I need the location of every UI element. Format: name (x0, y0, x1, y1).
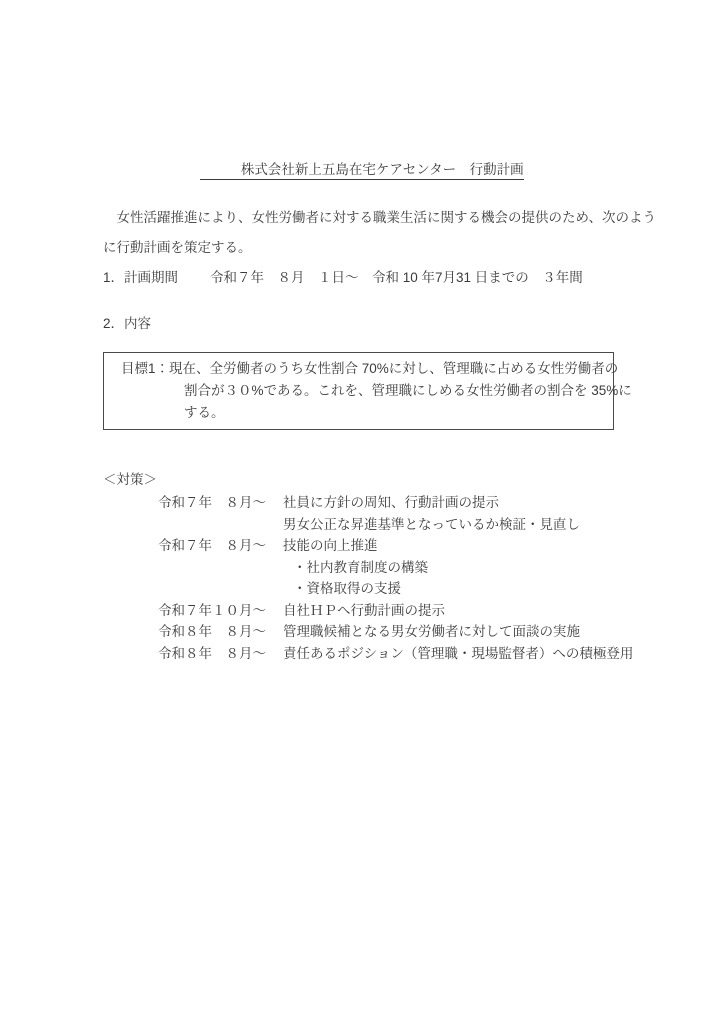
measure-date (158, 557, 283, 579)
measure-text: 自社ＨＰへ行動計画の提示 (283, 600, 445, 622)
measure-row-bullet: ・社内教育制度の構築 (158, 557, 633, 579)
measure-row: 令和７年 ８月～ 技能の向上推進 (158, 535, 633, 557)
measure-text: 責任あるポジション（管理職・現場監督者）への積極登用 (283, 643, 633, 665)
measure-date: 令和７年 ８月～ (158, 492, 283, 514)
measure-date: 令和８年 ８月～ (158, 643, 283, 665)
measure-row: 令和７年１０月～ 自社ＨＰへ行動計画の提示 (158, 600, 633, 622)
goal-line-1: 目標1：現在、全労働者のうち女性割合 70%に対し、管理職に占める女性労働者の (121, 358, 605, 380)
measure-text: 技能の向上推進 (283, 535, 378, 557)
plan-period-row: 1．計画期間 令和７年 ８月 １日～ 令和 10 年7月31 日までの ３年間 (103, 268, 583, 288)
measure-row: 令和８年 ８月～ 管理職候補となる男女労働者に対して面談の実施 (158, 621, 633, 643)
plan-period-value: 令和７年 ８月 １日～ 令和 10 年7月31 日までの ３年間 (210, 268, 583, 288)
goal-line-3: する。 (121, 402, 605, 424)
measure-date: 令和７年 ８月～ (158, 535, 283, 557)
content-heading: 2．内容 (103, 314, 151, 334)
measure-row: 令和８年 ８月～ 責任あるポジション（管理職・現場監督者）への積極登用 (158, 643, 633, 665)
goal-line-2: 割合が３０%である。これを、管理職にしめる女性労働者の割合を 35%に (121, 380, 605, 402)
plan-period-label: 1．計画期間 (103, 268, 210, 288)
document-page: 株式会社新上五島在宅ケアセンター 行動計画 女性活躍推進により、女性労働者に対す… (0, 0, 724, 1024)
measure-text: 社員に方針の周知、行動計画の提示 (283, 492, 499, 514)
measure-date (158, 578, 283, 600)
intro-paragraph: 女性活躍推進により、女性労働者に対する職業生活に関する機会の提供のため、次のよう… (103, 203, 656, 263)
measure-row-bullet: ・資格取得の支援 (158, 578, 633, 600)
document-title-row: 株式会社新上五島在宅ケアセンター 行動計画 (0, 160, 724, 180)
measures-heading: ＜対策＞ (103, 470, 157, 490)
document-title: 株式会社新上五島在宅ケアセンター 行動計画 (200, 162, 523, 180)
intro-line: に行動計画を策定する。 (103, 233, 656, 263)
measure-row-continuation: 男女公正な昇進基準となっているか検証・見直し (158, 514, 633, 536)
measure-date: 令和８年 ８月～ (158, 621, 283, 643)
goal-text-1: 現在、全労働者のうち女性割合 70%に対し、管理職に占める女性労働者の (169, 361, 618, 376)
measure-row: 令和７年 ８月～ 社員に方針の周知、行動計画の提示 (158, 492, 633, 514)
measure-text: ・社内教育制度の構築 (283, 557, 428, 579)
measures-list: 令和７年 ８月～ 社員に方針の周知、行動計画の提示 男女公正な昇進基準となってい… (158, 492, 633, 664)
measure-date: 令和７年１０月～ (158, 600, 283, 622)
measure-text: 管理職候補となる男女労働者に対して面談の実施 (283, 621, 580, 643)
goal-label: 目標1： (121, 361, 169, 376)
intro-line: 女性活躍推進により、女性労働者に対する職業生活に関する機会の提供のため、次のよう (103, 203, 656, 233)
measure-text: 男女公正な昇進基準となっているか検証・見直し (283, 514, 580, 536)
measure-text: ・資格取得の支援 (283, 578, 401, 600)
goal-box: 目標1：現在、全労働者のうち女性割合 70%に対し、管理職に占める女性労働者の … (103, 352, 614, 430)
measure-date (158, 514, 283, 536)
